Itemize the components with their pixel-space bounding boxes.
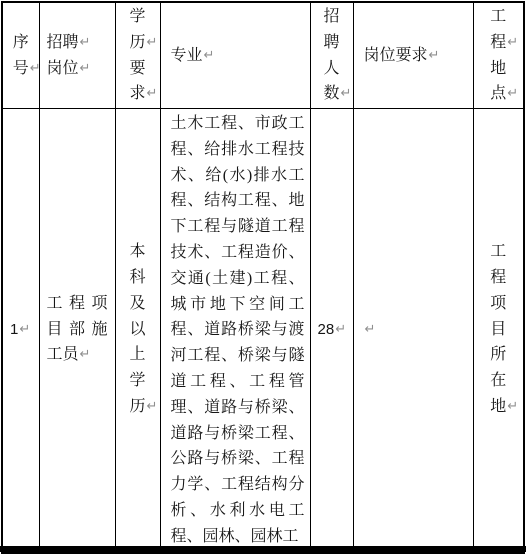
vertical-char-line: 以 (129, 317, 145, 343)
paragraph-mark-icon: ↵ (80, 347, 91, 362)
serial-number: 1↵ (3, 109, 39, 550)
header-cell-education[interactable]: 学历↵要求↵ (115, 2, 160, 109)
paragraph-mark-icon: ↵ (80, 35, 91, 50)
vertical-char-line: 所 (490, 342, 506, 368)
paragraph-mark-icon: ↵ (204, 48, 215, 63)
cell-location[interactable]: 工程项目所在地↵ (473, 109, 524, 554)
header-cell-headcount[interactable]: 招聘人数↵ (310, 2, 353, 109)
bottom-cut-border (0, 546, 526, 552)
paragraph: 1↵ (10, 317, 32, 343)
header-requirements-text: 岗位要求↵ (354, 3, 473, 108)
header-cell-location[interactable]: 工程↵地点↵ (473, 2, 524, 109)
header-location-text: 工程↵地点↵ (474, 3, 524, 108)
header-cell-position[interactable]: 招聘↵岗位↵ (39, 2, 115, 109)
vertical-char-line: 在 (490, 368, 506, 394)
table-header-row: 序号↵ 招聘↵岗位↵ 学历↵要求↵ 专业↵ 招聘人数↵ 岗位要求↵ 工程↵地点↵ (2, 2, 524, 109)
document-page: 序号↵ 招聘↵岗位↵ 学历↵要求↵ 专业↵ 招聘人数↵ 岗位要求↵ 工程↵地点↵ (0, 0, 526, 555)
vertical-char-line: 历↵ (129, 394, 145, 420)
vertical-char-line: 聘 (323, 30, 339, 56)
vertical-char-line: 号↵ (13, 56, 29, 82)
paragraph-mark-icon: ↵ (335, 322, 346, 337)
cell-serial[interactable]: 1↵ (2, 109, 39, 554)
paragraph: 岗位↵ (47, 56, 108, 82)
vertical-char-line: 学 (129, 368, 145, 394)
paragraph: ↵ (364, 317, 465, 343)
position-text: 工程项目部施工员↵ (40, 109, 115, 550)
header-serial-text: 序号↵ (3, 3, 39, 108)
paragraph-mark-icon: ↵ (429, 48, 440, 63)
vertical-char-line: 工 (490, 239, 506, 265)
vertical-char-line: 地↵ (490, 394, 506, 420)
cell-position[interactable]: 工程项目部施工员↵ (39, 109, 115, 554)
paragraph-mark-icon: ↵ (147, 36, 158, 49)
vertical-char-line: 上 (129, 342, 145, 368)
vertical-char-line: 学 (129, 4, 145, 30)
requirements-text: ↵ (354, 109, 473, 550)
vertical-char-line: 程 (490, 265, 506, 291)
vertical-char-line: 点↵ (490, 81, 506, 107)
vertical-char-line: 求↵ (129, 81, 145, 107)
vertical-char-line: 科 (129, 265, 145, 291)
vertical-char-line: 人 (323, 56, 339, 82)
paragraph-mark-icon: ↵ (341, 87, 352, 100)
paragraph-mark-icon: ↵ (365, 322, 376, 337)
cell-headcount[interactable]: 28↵ (310, 109, 353, 554)
vertical-char-line: 序 (13, 30, 29, 56)
paragraph: 工程项目部施工员↵ (47, 291, 108, 368)
paragraph: 专业↵ (171, 43, 305, 69)
header-cell-major[interactable]: 专业↵ (160, 2, 310, 109)
paragraph-mark-icon: ↵ (507, 36, 518, 49)
paragraph-mark-icon: ↵ (147, 87, 158, 100)
vertical-char-line: 本 (129, 239, 145, 265)
table-row: 1↵ 工程项目部施工员↵ 本科及以上学历↵ 土木工程、市政工程、给排水工程技术、… (2, 109, 524, 554)
vertical-char-line: 数↵ (323, 81, 339, 107)
education-text: 本科及以上学历↵ (116, 109, 160, 550)
cell-education[interactable]: 本科及以上学历↵ (115, 109, 160, 554)
vertical-char-line: 及 (129, 291, 145, 317)
paragraph-mark-icon: ↵ (30, 62, 39, 75)
header-cell-serial[interactable]: 序号↵ (2, 2, 39, 109)
vertical-char-line: 目 (490, 317, 506, 343)
header-major-text: 专业↵ (161, 3, 310, 108)
paragraph-mark-icon: ↵ (147, 400, 158, 413)
header-cell-requirements[interactable]: 岗位要求↵ (353, 2, 473, 109)
vertical-char-line: 要 (129, 56, 145, 82)
cell-major[interactable]: 土木工程、市政工程、给排水工程技术、给(水)排水工程、结构工程、地下工程与隧道工… (160, 109, 310, 554)
header-headcount-text: 招聘人数↵ (311, 3, 353, 108)
vertical-char-line: 工 (490, 4, 506, 30)
recruitment-table: 序号↵ 招聘↵岗位↵ 学历↵要求↵ 专业↵ 招聘人数↵ 岗位要求↵ 工程↵地点↵ (1, 1, 525, 554)
vertical-char-line: 地 (490, 56, 506, 82)
cell-requirements[interactable]: ↵ (353, 109, 473, 554)
vertical-char-line: 历↵ (129, 30, 145, 56)
paragraph: 招聘↵ (47, 30, 108, 56)
paragraph-mark-icon: ↵ (80, 61, 91, 76)
vertical-char-line: 项 (490, 291, 506, 317)
paragraph: 28↵ (318, 317, 346, 343)
paragraph-mark-icon: ↵ (507, 87, 518, 100)
paragraph-mark-icon: ↵ (507, 400, 518, 413)
headcount-number: 28↵ (311, 109, 353, 550)
major-list-text: 土木工程、市政工程、给排水工程技术、给(水)排水工程、结构工程、地下工程与隧道工… (161, 109, 310, 552)
paragraph: 岗位要求↵ (364, 43, 465, 69)
paragraph: 土木工程、市政工程、给排水工程技术、给(水)排水工程、结构工程、地下工程与隧道工… (171, 111, 305, 550)
vertical-char-line: 招 (323, 4, 339, 30)
paragraph-mark-icon: ↵ (19, 322, 30, 337)
vertical-char-line: 程↵ (490, 30, 506, 56)
header-education-text: 学历↵要求↵ (116, 3, 160, 108)
header-position-text: 招聘↵岗位↵ (40, 3, 115, 108)
location-text: 工程项目所在地↵ (474, 109, 524, 550)
